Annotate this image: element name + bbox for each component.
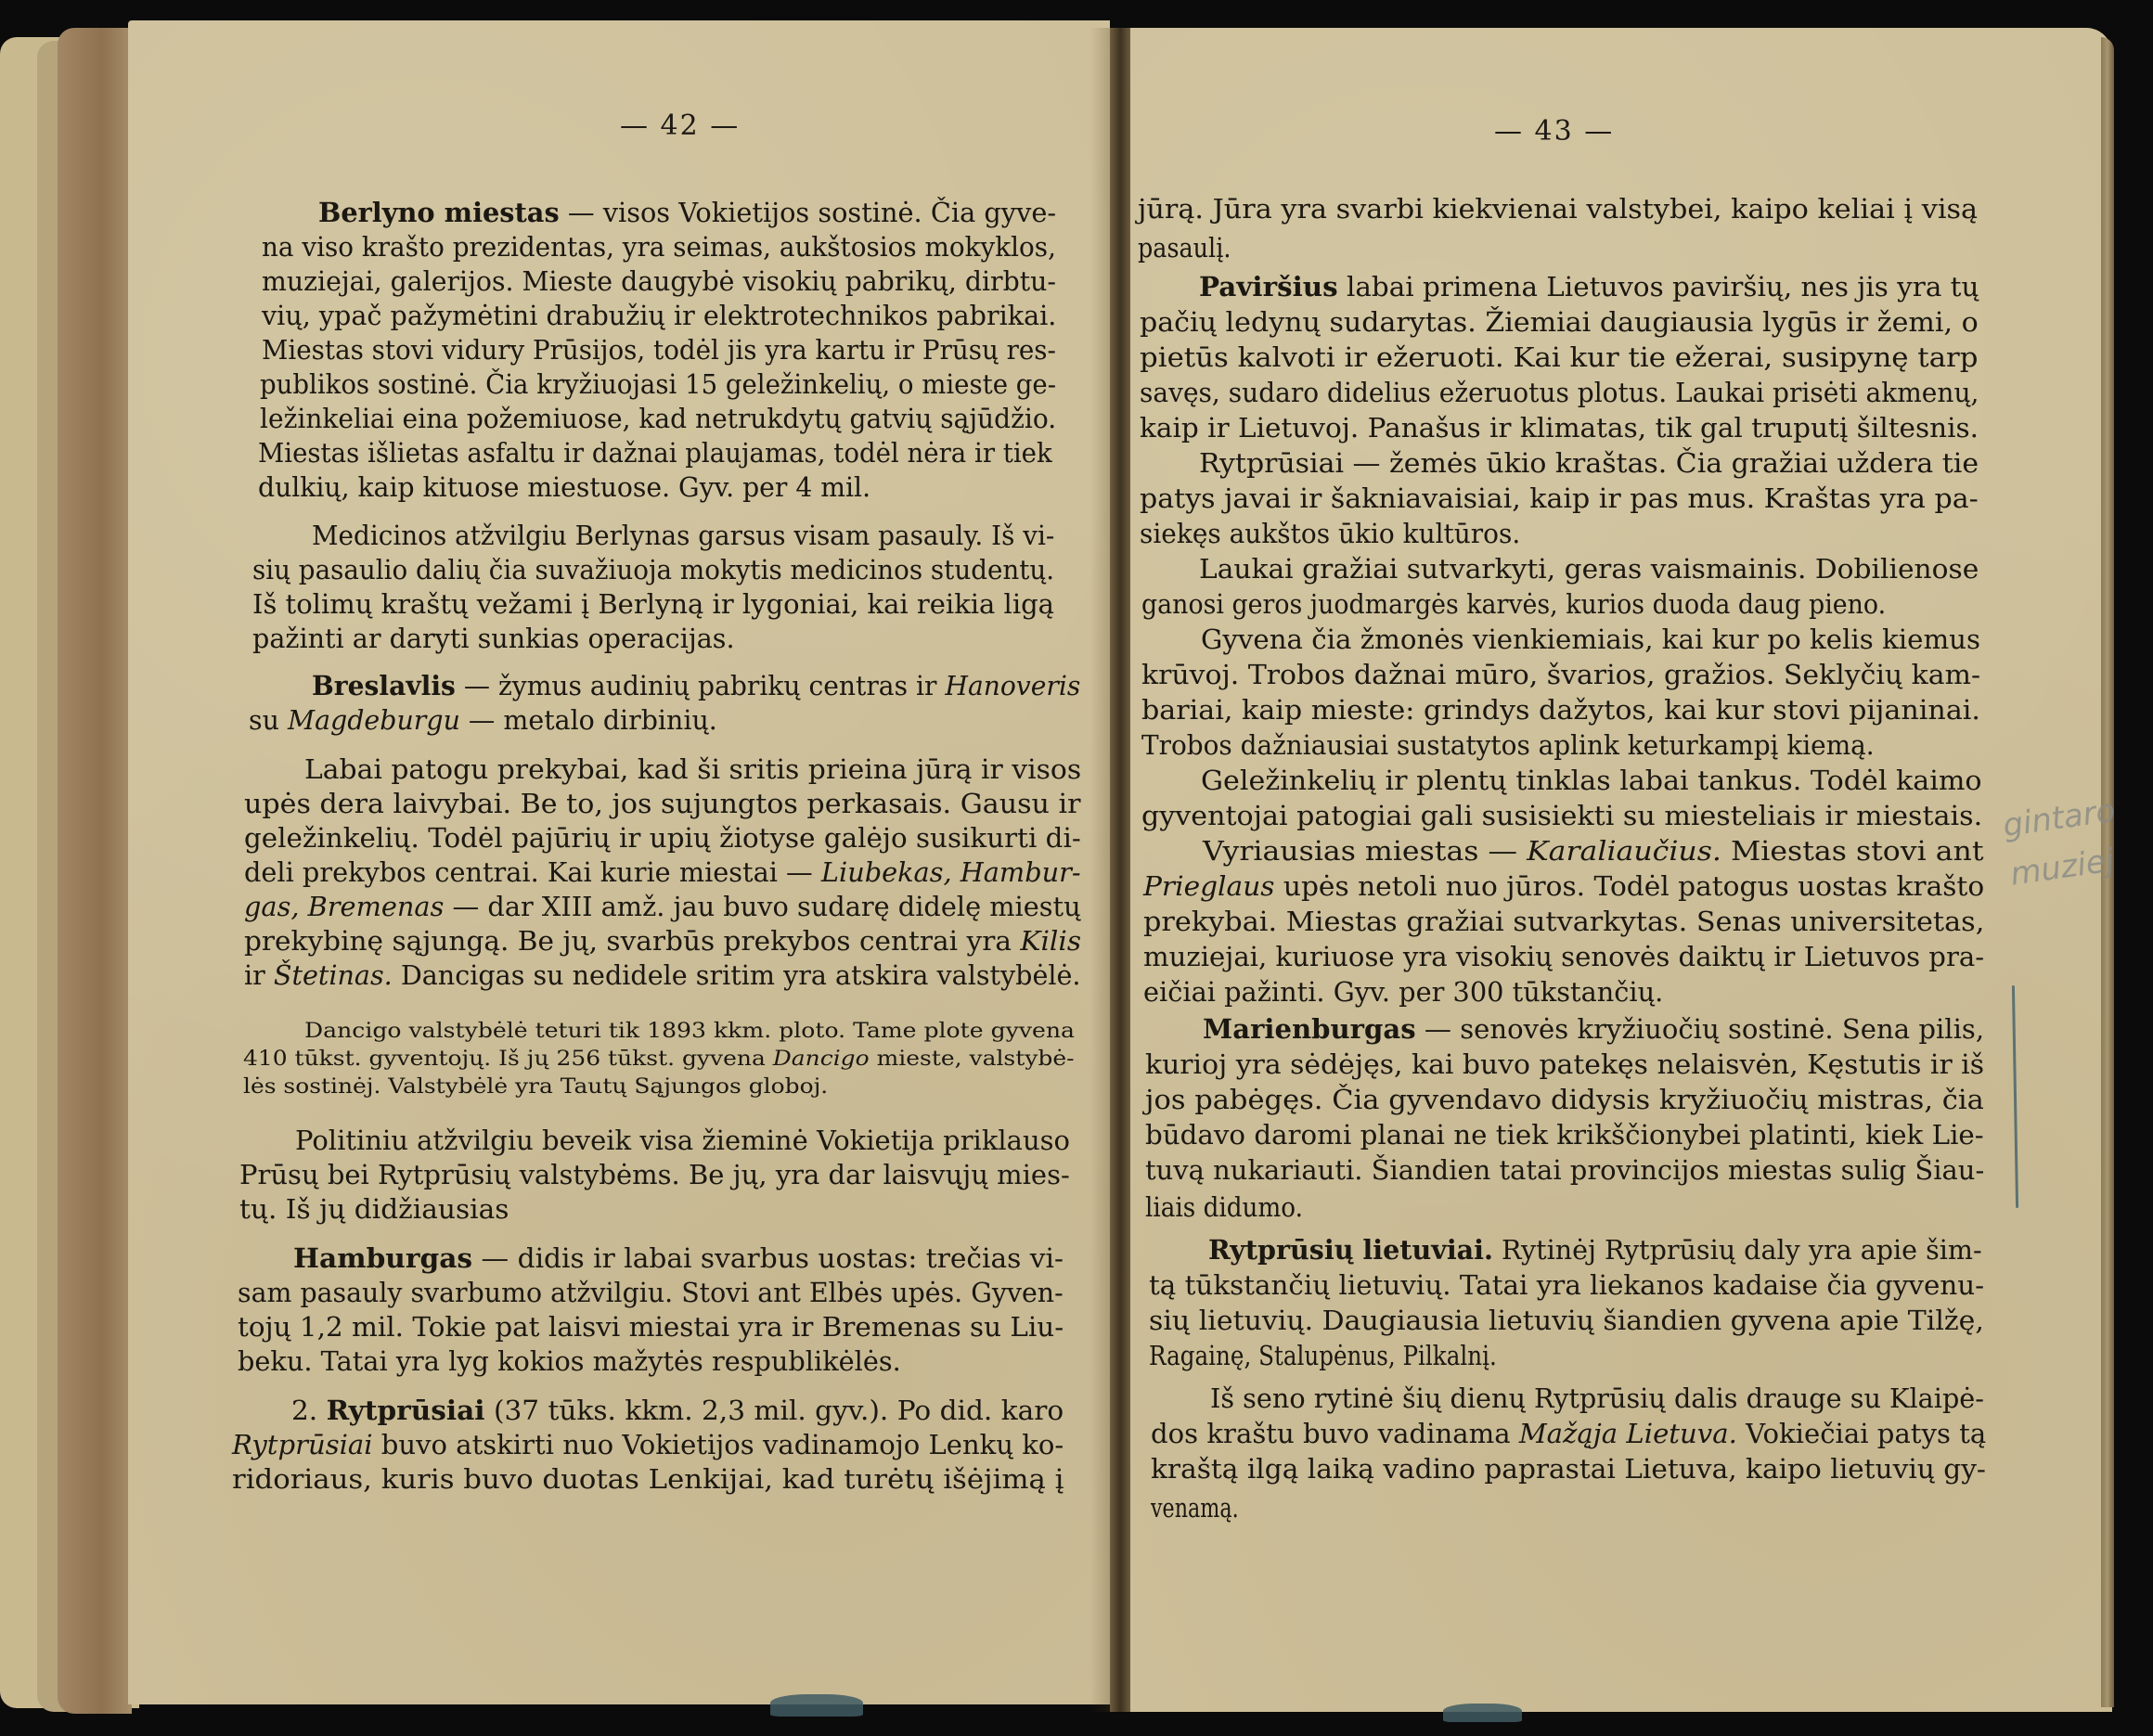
text-run: tą tūkstančių lietuvių. Tatai yra liekan… (1149, 1269, 1984, 1301)
right-text-line: Rytprūsiai — žemės ūkio kraštas. Čia gra… (1199, 447, 1979, 479)
left-text-line: Hamburgas — didis ir labai svarbus uosta… (293, 1242, 1064, 1274)
italic-term: Mažąja Lietuva. (1519, 1418, 1737, 1449)
left-text-line: ir Štetinas. Dancigas su nedidele sritim… (244, 959, 1081, 991)
text-run: Medicinos atžvilgiu Berlynas garsus visa… (312, 520, 1054, 551)
left-text-line: Berlyno miestas — visos Vokietijos sosti… (318, 197, 1056, 228)
italic-term: Kilis (1020, 925, 1081, 957)
text-run: buvo atskirti nuo Vokietijos vadinamojo … (373, 1429, 1064, 1460)
text-run: Labai patogu prekybai, kad ši sritis pri… (304, 753, 1081, 785)
left-text-line: 2. Rytprūsiai (37 tūks. kkm. 2,3 mil. gy… (291, 1395, 1064, 1426)
right-text-line: Paviršius labai primena Lietuvos pavirši… (1199, 271, 1979, 302)
text-run: bariai, kaip mieste: grindys dažytos, ka… (1141, 694, 1980, 726)
right-text-line: eičiai pažinti. Gyv. per 300 tūkstančių. (1143, 976, 1663, 1008)
text-run: būdavo daromi planai ne tiek krikščionyb… (1145, 1119, 1984, 1151)
italic-term: Karaliaučius. (1527, 835, 1721, 867)
left-text-line: Labai patogu prekybai, kad ši sritis pri… (304, 753, 1081, 785)
italic-term: Hanoveris (945, 670, 1080, 701)
text-run: tojų 1,2 mil. Tokie pat laisvi miestai y… (238, 1311, 1064, 1343)
right-text-line: Prieglaus upės netoli nuo jūros. Todėl p… (1143, 870, 1984, 902)
text-run: dulkių, kaip kituose miestuose. Gyv. per… (258, 471, 870, 503)
italic-term: Prieglaus (1143, 870, 1274, 902)
text-run: — žymus audinių pabrikų centras ir (456, 670, 945, 701)
left-text-line: tų. Iš jų didžiausias (239, 1193, 509, 1225)
left-text-line: dulkių, kaip kituose miestuose. Gyv. per… (258, 471, 870, 503)
bold-heading: Rytprūsiai (327, 1395, 485, 1426)
italic-term: Štetinas. (274, 959, 393, 991)
left-text-line: publikos sostinė. Čia kryžiuojasi 15 gel… (260, 368, 1056, 400)
text-run: dos kraštu buvo vadinama (1151, 1418, 1519, 1449)
text-run: upės netoli nuo jūros. Todėl patogus uos… (1274, 870, 1984, 902)
text-run: krūvoj. Trobos dažnai mūro, švarios, gra… (1141, 659, 1980, 690)
text-run: pažinti ar daryti sunkias operacijas. (252, 623, 735, 654)
book-gutter (1110, 28, 1130, 1712)
left-text-line: prekybinę sąjungą. Be jų, svarbūs prekyb… (244, 925, 1081, 957)
text-run: ležinkeliai eina požemiuose, kad netrukd… (260, 403, 1056, 434)
text-run: mieste, valstybė- (870, 1047, 1075, 1071)
left-text-line: gas, Bremenas — dar XIII amž. jau buvo s… (244, 891, 1081, 922)
text-run: beku. Tatai yra lyg kokios mažytės respu… (238, 1345, 901, 1377)
bold-heading: Hamburgas (293, 1242, 472, 1274)
text-run: muziejai, kuriuose yra visokių senovės d… (1143, 941, 1984, 972)
text-run: ganosi geros juodmargės karvės, kurios d… (1141, 588, 1886, 620)
text-run: Miestas išlietas asfaltu ir dažnai plauj… (258, 437, 1052, 469)
text-run: — didis ir labai svarbus uostas: trečias… (472, 1242, 1064, 1274)
text-run: sių lietuvių. Daugiausia lietuvių šiandi… (1149, 1305, 1984, 1336)
left-text-line: sam pasauly svarbumo atžvilgiu. Stovi an… (238, 1277, 1064, 1308)
text-run: Trobos dažniausiai sustatytos aplink ket… (1141, 729, 1875, 761)
text-run: kraštą ilgą laiką vadino paprastai Lietu… (1151, 1453, 1986, 1485)
left-text-line: Miestas stovi vidury Prūsijos, todėl jis… (262, 334, 1056, 366)
text-run: siekęs aukštos ūkio kultūros. (1140, 518, 1520, 549)
right-text-line: sių lietuvių. Daugiausia lietuvių šiandi… (1149, 1305, 1984, 1336)
left-text-line: Rytprūsiai buvo atskirti nuo Vokietijos … (232, 1429, 1064, 1460)
ink-stain-right (1443, 1704, 1522, 1722)
left-text-line: Breslavlis — žymus audinių pabrikų centr… (312, 670, 1080, 701)
left-text-line: muziejai, galerijos. Mieste daugybė viso… (262, 265, 1056, 297)
left-text-line: beku. Tatai yra lyg kokios mažytės respu… (238, 1345, 901, 1377)
right-text-line: Trobos dažniausiai sustatytos aplink ket… (1141, 729, 1875, 761)
italic-term: Liubekas, Hambur- (821, 856, 1081, 888)
text-run: jos pabėgęs. Čia gyvendavo didysis kryži… (1145, 1084, 1984, 1115)
left-text-line: Prūsų bei Rytprūsių valstybėms. Be jų, y… (239, 1159, 1070, 1190)
right-text-line: gyventojai patogiai gali susisiekti su m… (1141, 800, 1982, 831)
text-run: upės dera laivybai. Be to, jos sujungtos… (244, 788, 1080, 819)
text-run: Rytinėj Rytprūsių daly yra apie šim- (1493, 1234, 1982, 1266)
right-text-line: kraštą ilgą laiką vadino paprastai Lietu… (1151, 1453, 1986, 1485)
left-text-line: su Magdeburgu — metalo dirbinių. (249, 704, 717, 736)
text-run: Vokiečiai patys tą (1737, 1418, 1986, 1449)
text-run: venamą. (1151, 1492, 1239, 1524)
text-run: eičiai pažinti. Gyv. per 300 tūkstančių. (1143, 976, 1663, 1008)
italic-term: Magdeburgu (288, 704, 460, 736)
text-run: savęs, sudaro didelius ežeruotus plotus.… (1140, 377, 1979, 408)
text-run: Rytprūsiai — žemės ūkio kraštas. Čia gra… (1199, 447, 1979, 479)
text-run: deli prekybos centrai. Kai kurie miestai… (244, 856, 821, 888)
left-text-line: tojų 1,2 mil. Tokie pat laisvi miestai y… (238, 1311, 1064, 1343)
right-text-line: Rytprūsių lietuviai. Rytinėj Rytprūsių d… (1208, 1234, 1982, 1266)
right-text-line: jos pabėgęs. Čia gyvendavo didysis kryži… (1145, 1084, 1984, 1115)
right-text-line: tą tūkstančių lietuvių. Tatai yra liekan… (1149, 1269, 1984, 1301)
text-run: (37 tūks. kkm. 2,3 mil. gyv.). Po did. k… (485, 1395, 1064, 1426)
text-run: lės sostinėj. Valstybėlė yra Tautų Sąjun… (243, 1074, 828, 1099)
text-run: — dar XIII amž. jau buvo sudarę didelę m… (444, 891, 1080, 922)
italic-term: gas, Bremenas (244, 891, 444, 922)
right-text-line: pietūs kalvoti ir ežeruoti. Kai kur tie … (1140, 341, 1979, 373)
text-run: patys javai ir šakniavaisiai, kaip ir pa… (1140, 482, 1979, 514)
text-run: vių, ypač pažymėtini drabužių ir elektro… (262, 300, 1056, 331)
right-text-line: Geležinkelių ir plentų tinklas labai tan… (1201, 765, 1982, 796)
book-scan: — 42 — — 43 — Berlyno miestas — visos Vo… (0, 0, 2153, 1736)
right-text-line: krūvoj. Trobos dažnai mūro, švarios, gra… (1141, 659, 1980, 690)
text-run: sam pasauly svarbumo atžvilgiu. Stovi an… (238, 1277, 1064, 1308)
text-run: pasaulį. (1138, 232, 1231, 264)
left-page-number: — 42 — (620, 109, 740, 142)
text-run: Politiniu atžvilgiu beveik visa žieminė … (295, 1125, 1070, 1156)
left-text-line: pažinti ar daryti sunkias operacijas. (252, 623, 735, 654)
text-run: Dancigas su nedidele sritim yra atskira … (393, 959, 1081, 991)
text-run: liais didumo. (1145, 1191, 1303, 1223)
left-text-line: upės dera laivybai. Be to, jos sujungtos… (244, 788, 1080, 819)
text-run: 2. (291, 1395, 327, 1426)
italic-term: Rytprūsiai (232, 1429, 373, 1460)
italic-term: Dancigo (773, 1047, 870, 1071)
text-run: — visos Vokietijos sostinė. Čia gyve- (560, 197, 1056, 228)
text-run: kaip ir Lietuvoj. Panašus ir klimatas, t… (1140, 412, 1979, 444)
page-edges-inner (58, 28, 132, 1714)
right-text-line: muziejai, kuriuose yra visokių senovės d… (1143, 941, 1984, 972)
text-run: na viso krašto prezidentas, yra seimas, … (262, 231, 1056, 263)
text-run: — metalo dirbinių. (460, 704, 717, 736)
left-text-line: Dancigo valstybėlė teturi tik 1893 kkm. … (304, 1018, 1075, 1044)
bold-heading: Rytprūsių lietuviai. (1208, 1234, 1493, 1266)
text-run: tuvą nukariauti. Šiandien tatai provinci… (1145, 1154, 1984, 1186)
text-run: ridoriaus, kuris buvo duotas Lenkijai, k… (232, 1463, 1064, 1495)
right-text-line: Laukai gražiai sutvarkyti, geras vaismai… (1199, 553, 1979, 585)
bold-heading: Breslavlis (312, 670, 456, 701)
right-text-line: Iš seno rytinė šių dienų Rytprūsių dalis… (1210, 1382, 1984, 1414)
text-run: Vyriausias miestas — (1203, 835, 1527, 867)
text-run: tų. Iš jų didžiausias (239, 1193, 509, 1225)
left-text-line: ridoriaus, kuris buvo duotas Lenkijai, k… (232, 1463, 1064, 1495)
right-text-line: būdavo daromi planai ne tiek krikščionyb… (1145, 1119, 1984, 1151)
left-text-line: geležinkelių. Todėl pajūrių ir upių žiot… (244, 822, 1081, 854)
right-text-line: tuvą nukariauti. Šiandien tatai provinci… (1145, 1154, 1984, 1186)
text-run: Iš seno rytinė šių dienų Rytprūsių dalis… (1210, 1382, 1984, 1414)
right-text-line: jūrą. Jūra yra svarbi kiekvienai valstyb… (1138, 193, 1978, 225)
text-run: Geležinkelių ir plentų tinklas labai tan… (1201, 765, 1982, 796)
text-run: sių pasaulio dalių čia suvažiuoja mokyti… (252, 554, 1054, 585)
right-text-line: liais didumo. (1145, 1191, 1303, 1223)
left-text-line: na viso krašto prezidentas, yra seimas, … (262, 231, 1056, 263)
text-run: prekybinę sąjungą. Be jų, svarbūs prekyb… (244, 925, 1020, 957)
left-text-line: ležinkeliai eina požemiuose, kad netrukd… (260, 403, 1056, 434)
bold-heading: Berlyno miestas (318, 197, 560, 228)
right-text-line: pačių ledynų sudarytas. Žiemiai daugiaus… (1140, 306, 1979, 338)
right-text-line: Gyvena čia žmonės vienkiemiais, kai kur … (1201, 624, 1980, 655)
text-run: pietūs kalvoti ir ežeruoti. Kai kur tie … (1140, 341, 1979, 373)
text-run: prekybai. Miestas gražiai sutvarkytas. S… (1143, 906, 1984, 937)
text-run: Gyvena čia žmonės vienkiemiais, kai kur … (1201, 624, 1980, 655)
right-text-line: dos kraštu buvo vadinama Mažąja Lietuva.… (1151, 1418, 1986, 1449)
right-text-line: venamą. (1151, 1492, 1239, 1524)
text-run: geležinkelių. Todėl pajūrių ir upių žiot… (244, 822, 1081, 854)
text-run: Iš tolimų kraštų vežami į Berlyną ir lyg… (252, 588, 1054, 620)
text-run: kurioj yra sėdėjęs, kai buvo patekęs nel… (1145, 1048, 1984, 1080)
text-run: — senovės kryžiuočių sostinė. Sena pilis… (1416, 1013, 1985, 1045)
right-text-line: patys javai ir šakniavaisiai, kaip ir pa… (1140, 482, 1979, 514)
text-run: su (249, 704, 288, 736)
gutter-shadow (1090, 28, 1111, 1712)
text-run: labai primena Lietuvos paviršių, nes jis… (1338, 271, 1979, 302)
right-text-line: prekybai. Miestas gražiai sutvarkytas. S… (1143, 906, 1984, 937)
text-run: Laukai gražiai sutvarkyti, geras vaismai… (1199, 553, 1979, 585)
right-text-line: pasaulį. (1138, 232, 1231, 264)
right-text-line: ganosi geros juodmargės karvės, kurios d… (1141, 588, 1886, 620)
bold-heading: Paviršius (1199, 271, 1338, 302)
text-run: Ragainę, Stalupėnus, Pilkalnį. (1149, 1340, 1497, 1371)
right-text-line: siekęs aukštos ūkio kultūros. (1140, 518, 1520, 549)
text-run: jūrą. Jūra yra svarbi kiekvienai valstyb… (1138, 193, 1978, 225)
right-text-line: Vyriausias miestas — Karaliaučius. Miest… (1203, 835, 1984, 867)
text-run: Miestas stovi vidury Prūsijos, todėl jis… (262, 334, 1056, 366)
text-run: ir (244, 959, 274, 991)
text-run: gyventojai patogiai gali susisiekti su m… (1141, 800, 1982, 831)
left-text-line: sių pasaulio dalių čia suvažiuoja mokyti… (252, 554, 1054, 585)
right-text-line: bariai, kaip mieste: grindys dažytos, ka… (1141, 694, 1980, 726)
right-text-line: kurioj yra sėdėjęs, kai buvo patekęs nel… (1145, 1048, 1984, 1080)
text-run: 410 tūkst. gyventojų. Iš jų 256 tūkst. g… (243, 1047, 773, 1071)
left-text-line: Politiniu atžvilgiu beveik visa žieminė … (295, 1125, 1070, 1156)
left-text-line: Miestas išlietas asfaltu ir dažnai plauj… (258, 437, 1052, 469)
left-text-line: Iš tolimų kraštų vežami į Berlyną ir lyg… (252, 588, 1054, 620)
left-text-line: Medicinos atžvilgiu Berlynas garsus visa… (312, 520, 1054, 551)
right-text-line: Ragainę, Stalupėnus, Pilkalnį. (1149, 1340, 1497, 1371)
left-text-line: vių, ypač pažymėtini drabužių ir elektro… (262, 300, 1056, 331)
text-run: Dancigo valstybėlė teturi tik 1893 kkm. … (304, 1019, 1075, 1043)
text-run: Prūsų bei Rytprūsių valstybėms. Be jų, y… (239, 1159, 1070, 1190)
ink-stain-left (770, 1694, 863, 1717)
text-run: muziejai, galerijos. Mieste daugybė viso… (262, 265, 1056, 297)
right-page-number: — 43 — (1494, 115, 1614, 148)
right-text-line: savęs, sudaro didelius ežeruotus plotus.… (1140, 377, 1979, 408)
right-text-line: Marienburgas — senovės kryžiuočių sostin… (1203, 1013, 1984, 1045)
left-text-line: lės sostinėj. Valstybėlė yra Tautų Sąjun… (243, 1074, 828, 1099)
left-text-line: deli prekybos centrai. Kai kurie miestai… (244, 856, 1081, 888)
text-run: pačių ledynų sudarytas. Žiemiai daugiaus… (1140, 306, 1979, 338)
left-text-line: 410 tūkst. gyventojų. Iš jų 256 tūkst. g… (243, 1046, 1075, 1072)
text-run: publikos sostinė. Čia kryžiuojasi 15 gel… (260, 368, 1056, 400)
right-text-line: kaip ir Lietuvoj. Panašus ir klimatas, t… (1140, 412, 1979, 444)
bold-heading: Marienburgas (1203, 1013, 1416, 1045)
text-run: Miestas stovi ant (1721, 835, 1984, 867)
